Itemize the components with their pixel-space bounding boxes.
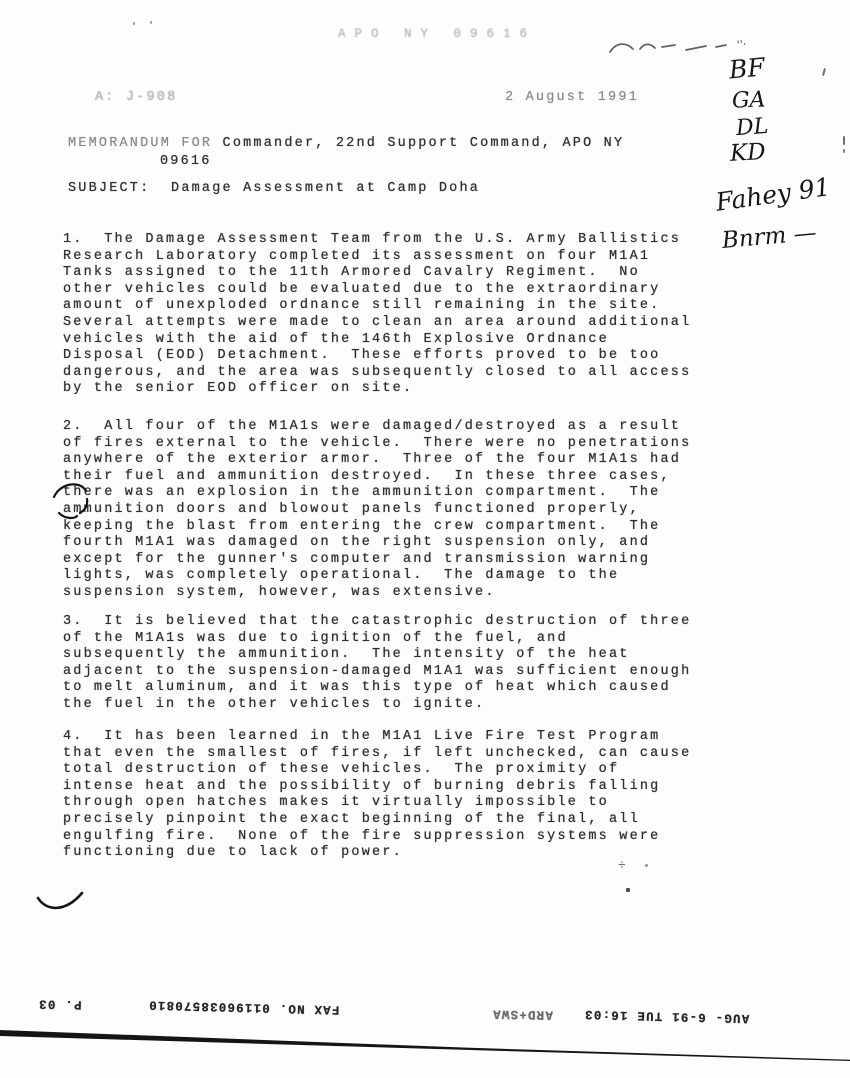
fax-page-number: P. 03	[38, 997, 82, 1012]
handwritten-circle-mark	[46, 477, 92, 529]
scanned-memo-page: APO NY 09616 A: J-908 2 August 1991 MEMO…	[0, 0, 850, 1078]
subject-line: SUBJECT: Damage Assessment at Camp Doha	[68, 181, 480, 198]
memo-date: 2 August 1991	[505, 90, 639, 107]
ink-speck	[133, 22, 135, 25]
ink-stroke	[843, 149, 845, 153]
handwritten-note: Bnrm —	[721, 220, 818, 254]
paragraph-2: 2. All four of the M1A1s were damaged/de…	[63, 419, 691, 602]
handwritten-initials-bf: BF	[728, 52, 766, 84]
ink-stroke	[843, 136, 845, 145]
office-symbol: A: J-908	[95, 90, 177, 107]
handwritten-curve-mark	[33, 884, 89, 920]
ink-speck	[150, 21, 152, 24]
scan-artifact-line	[0, 1024, 850, 1078]
margin-div-sign: ÷	[618, 858, 628, 875]
memo-zip: 09616	[160, 154, 212, 171]
handwritten-initials-ga: GA	[732, 87, 766, 113]
handwritten-initials-kd: KD	[729, 139, 766, 167]
paragraph-4: 4. It has been learned in the M1A1 Live …	[63, 729, 691, 862]
memo-for-addressee: Commander, 22nd Support Command, APO NY	[223, 136, 625, 151]
memo-for-line: MEMORANDUM FOR Commander, 22nd Support C…	[68, 136, 624, 153]
fax-timestamp: AUG- 6-91 TUE 16:03	[584, 1007, 750, 1025]
memo-for-prefix: MEMORANDUM FOR	[68, 136, 223, 151]
ink-stroke	[822, 68, 826, 76]
fax-number: FAX NO. 01196038570810	[148, 997, 340, 1016]
handwritten-signature: Fahey 91	[714, 172, 832, 217]
fax-station-id: ARD+SWA	[492, 1006, 553, 1021]
ink-speck	[626, 888, 630, 892]
paragraph-1: 1. The Damage Assessment Team from the U…	[63, 232, 691, 398]
handwritten-tick-marks: ''·	[736, 38, 747, 52]
handwritten-initials-dl: DL	[735, 114, 769, 141]
paragraph-3: 3. It is believed that the catastrophic …	[63, 614, 691, 714]
ink-speck	[645, 864, 648, 867]
faded-apo-stamp: APO NY 09616	[338, 26, 536, 43]
